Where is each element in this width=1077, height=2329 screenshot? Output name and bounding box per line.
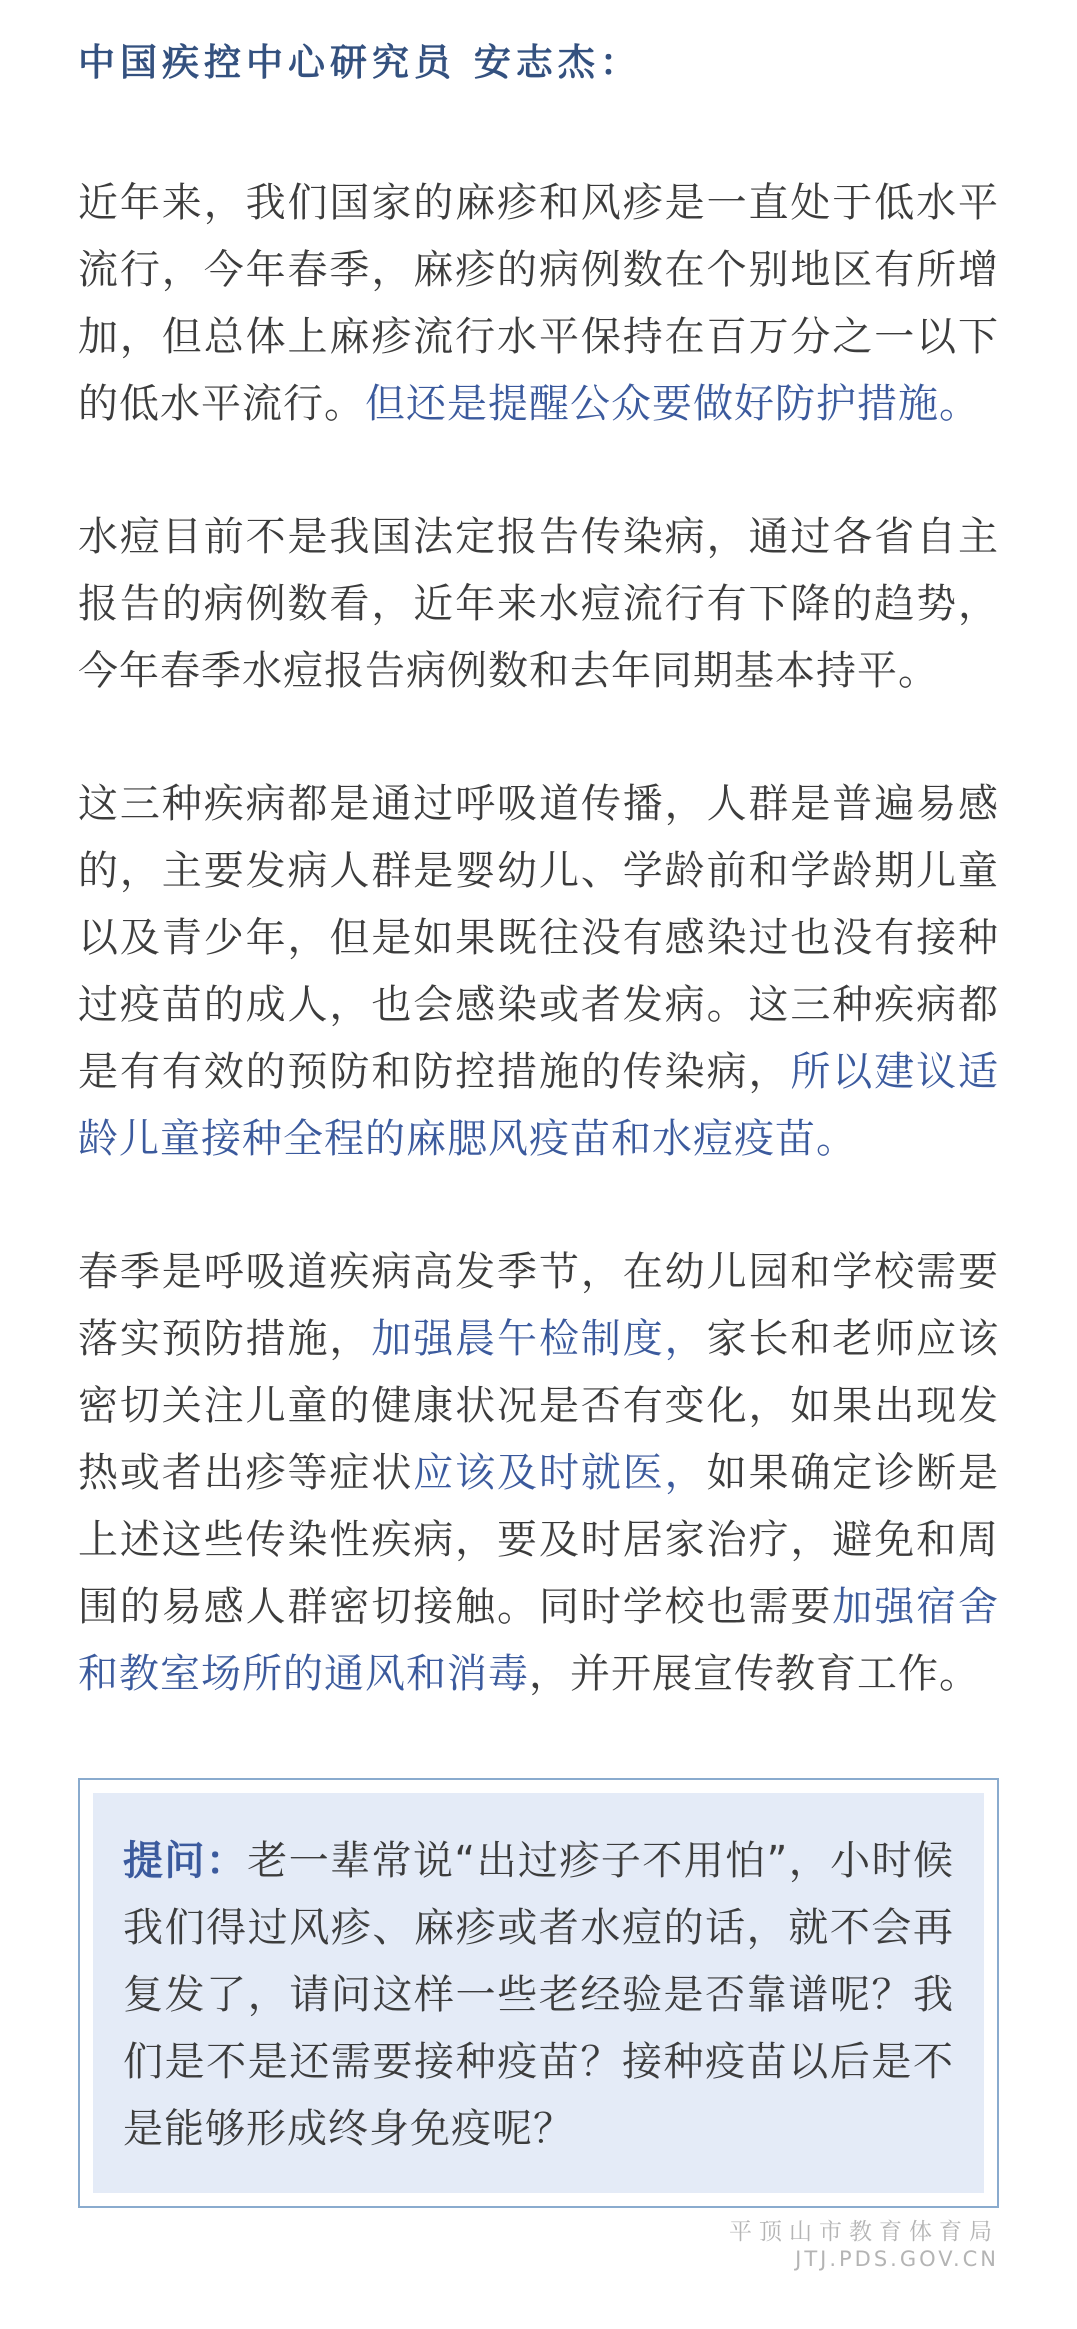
emphasized-text: 加强晨午检制度， — [371, 1316, 706, 1362]
watermark-url: JTJ.PDS.GOV.CN — [78, 2246, 999, 2272]
emphasized-text: 应该及时就医， — [413, 1450, 706, 1496]
question-text: 提问：老一辈常说“出过疹子不用怕”，小时候我们得过风疹、麻疹或者水痘的话，就不会… — [123, 1828, 954, 2163]
speaker-title: 中国疾控中心研究员 安志杰： — [78, 40, 999, 86]
body-text: 水痘目前不是我国法定报告传染病，通过各省自主报告的病例数看，近年来水痘流行有下降… — [78, 514, 999, 694]
body-text: 这三种疾病都是通过呼吸道传播，人群是普遍易感的，主要发病人群是婴幼儿、学龄前和学… — [78, 781, 999, 1095]
watermark-org-name: 平顶山市教育体育局 — [78, 2218, 999, 2246]
paragraph-chickenpox: 水痘目前不是我国法定报告传染病，通过各省自主报告的病例数看，近年来水痘流行有下降… — [78, 504, 999, 705]
watermark: 平顶山市教育体育局 JTJ.PDS.GOV.CN — [78, 2218, 999, 2272]
question-body: 老一辈常说“出过疹子不用怕”，小时候我们得过风疹、麻疹或者水痘的话，就不会再复发… — [123, 1838, 954, 2152]
body-text: ，并开展宣传教育工作。 — [529, 1651, 980, 1697]
paragraph-spring-prevention: 春季是呼吸道疾病高发季节，在幼儿园和学校需要落实预防措施，加强晨午检制度，家长和… — [78, 1239, 999, 1708]
paragraph-transmission-vaccination: 这三种疾病都是通过呼吸道传播，人群是普遍易感的，主要发病人群是婴幼儿、学龄前和学… — [78, 771, 999, 1173]
question-label: 提问： — [123, 1838, 247, 1884]
article-page: 中国疾控中心研究员 安志杰： 近年来，我们国家的麻疹和风疹是一直处于低水平流行，… — [0, 0, 1077, 2272]
paragraph-measles-rubella: 近年来，我们国家的麻疹和风疹是一直处于低水平流行，今年春季，麻疹的病例数在个别地… — [78, 170, 999, 438]
emphasized-text: 但还是提醒公众要做好防护措施。 — [365, 381, 980, 427]
question-box: 提问：老一辈常说“出过疹子不用怕”，小时候我们得过风疹、麻疹或者水痘的话，就不会… — [78, 1778, 999, 2208]
question-box-inner: 提问：老一辈常说“出过疹子不用怕”，小时候我们得过风疹、麻疹或者水痘的话，就不会… — [93, 1793, 984, 2193]
